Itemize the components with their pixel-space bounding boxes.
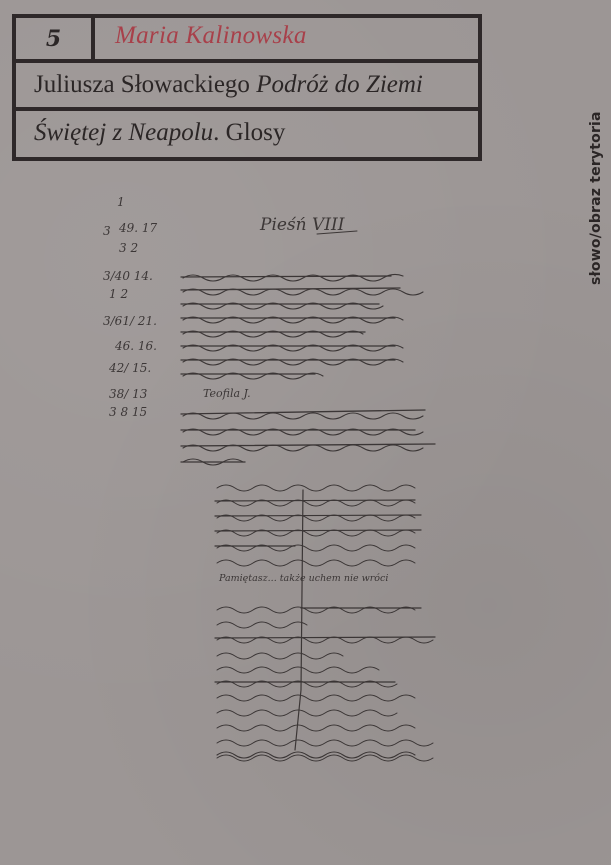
title-plain-part: Juliusza Słowackiego bbox=[34, 71, 256, 98]
svg-text:1: 1 bbox=[117, 195, 125, 209]
series-number: 5 bbox=[16, 18, 95, 59]
handwriting-illustration: Pieśń VIII 1 3 49. 17 3 2 3/40 14. 1 2 3… bbox=[95, 190, 495, 790]
book-title-line-2: Świętej z Neapolu. Glosy bbox=[34, 119, 285, 147]
title-italic-part: Podróż do Ziemi bbox=[256, 71, 423, 98]
title-italic-part: Świętej z Neapolu bbox=[34, 119, 213, 146]
author-name: Maria Kalinowska bbox=[115, 22, 307, 50]
title-plain-part: . Glosy bbox=[213, 119, 285, 146]
title-box-row-title-2: Świętej z Neapolu. Glosy bbox=[16, 111, 478, 157]
manuscript-heading: Pieśń VIII bbox=[259, 215, 345, 235]
book-title-line-1: Juliusza Słowackiego Podróż do Ziemi bbox=[34, 71, 423, 99]
manuscript-fragment: Teofila J. bbox=[203, 387, 251, 400]
svg-text:3 2: 3 2 bbox=[119, 241, 138, 255]
title-box-row-title-1: Juliusza Słowackiego Podróż do Ziemi bbox=[16, 63, 478, 111]
svg-text:46. 16.: 46. 16. bbox=[114, 339, 157, 353]
svg-text:3/40 14.: 3/40 14. bbox=[103, 269, 153, 283]
title-box: 5 Maria Kalinowska Juliusza Słowackiego … bbox=[12, 14, 482, 161]
svg-text:3 8 15: 3 8 15 bbox=[109, 405, 147, 419]
svg-text:1 2: 1 2 bbox=[109, 287, 128, 301]
manuscript-facsimile: Pieśń VIII 1 3 49. 17 3 2 3/40 14. 1 2 3… bbox=[95, 190, 495, 790]
manuscript-fragment-2: Pamiętasz... także uchem nie wróci bbox=[218, 573, 388, 584]
svg-text:42/ 15.: 42/ 15. bbox=[108, 361, 151, 375]
svg-text:38/ 13: 38/ 13 bbox=[109, 387, 148, 401]
publisher-series-label: słowo/obraz terytoria bbox=[588, 111, 604, 285]
svg-text:3: 3 bbox=[103, 224, 111, 238]
svg-text:49. 17: 49. 17 bbox=[118, 221, 158, 235]
title-box-row-author: 5 Maria Kalinowska bbox=[16, 18, 478, 63]
svg-text:3/61/ 21.: 3/61/ 21. bbox=[103, 314, 157, 328]
